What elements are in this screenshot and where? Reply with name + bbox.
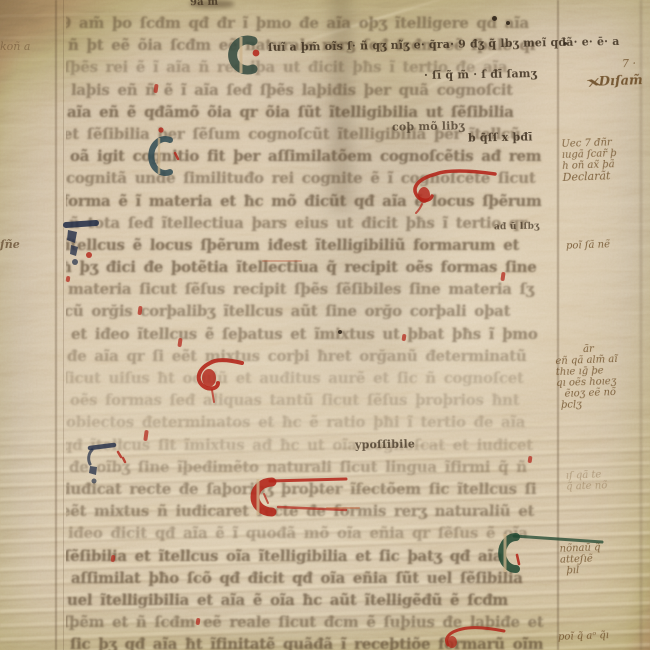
interlinear-gloss: b q̃ſſ x þđī: [468, 130, 533, 144]
text-line: laþis eñ ñ ẽ ĩ aĩa ſeđ ſþẽs laþiđis þer …: [71, 79, 560, 101]
right-margin-note-bottom: poĩ q̃ aᵒ q̃ı: [558, 630, 609, 643]
margin-line: q̃ ate nõ: [566, 480, 607, 492]
left-margin-note: koñ a: [0, 40, 30, 53]
initial-red-paraph-bottom: [434, 622, 508, 650]
ruling-line-left-inner: [63, 0, 64, 650]
initial-navy-fragment: [58, 218, 100, 272]
text-line: uel ĩtelligibilia et aĩa ẽ oĩa ħc aũt ĩt…: [67, 589, 560, 611]
text-line: ħ þʒ đici đe þotẽtia ĩtellectiua q̃ reci…: [66, 256, 555, 278]
margin-line: ẽıoʒ eẽ nõ: [564, 387, 618, 400]
margin-line: þclʒ: [561, 398, 619, 411]
right-margin-note-declara: Uec 7 đñr ıugã ſcar̃ þ h oñ ax̃ þã Decla…: [561, 137, 617, 183]
initial-teal-green-C: [220, 34, 264, 76]
initial-red-C-large: [234, 474, 350, 520]
right-margin-note-faint: ıſ qã te q̃ ate nõ: [566, 469, 608, 492]
initial-teal-bracket: [80, 440, 128, 488]
text-line: ſicut uiſus ħt oculũ et auđitus aurẽ et …: [66, 367, 557, 389]
text-line: obiectos đeterminatos et ħc ẽ ratio þħi …: [66, 411, 560, 433]
margin-line: Declarãt: [562, 170, 617, 183]
text-line: 9 am̃ þo ſcđm qđ đr ĩ þmo đe aĩa oþʒ ĩte…: [66, 12, 555, 34]
right-margin-note-disam: xDıſam̃: [590, 75, 643, 88]
interlinear-gloss: ypoſſibile: [355, 437, 415, 451]
edge-crease-right: [640, 0, 642, 650]
interlinear-gloss: ađ ū lſbʒ: [494, 222, 540, 233]
initial-red-paraph: [398, 162, 500, 216]
ink-smudge: [190, 0, 234, 8]
rubric-streak: [326, 507, 360, 509]
text-line: ĩtellcus ẽ locus ſþẽrum iđest ĩtelligibi…: [66, 234, 559, 256]
ink-spot: [564, 42, 567, 45]
interlinear-gloss: · ſī q̃ m̃ · ſ đī ſamʒ: [424, 67, 537, 82]
text-line: oẽs formas ſeđ aliquas tantũ ſicut ſẽſus…: [70, 389, 560, 411]
disam-text: Dıſam̃: [599, 73, 643, 90]
text-line: et iđeo ĩtellcus ẽ ſeþatus et ĩmixtus ut…: [71, 323, 560, 345]
left-margin-note: ſñe: [0, 238, 20, 251]
text-line: aĩa eñ ẽ qđãmõ õia qr õia ſũt ĩtelligibi…: [67, 101, 560, 123]
right-margin-note-poi: poĩ ſã nẽ: [566, 239, 610, 252]
manuscript-page: 9 am̃ þo ſcđm qđ đr ĩ þmo đe aĩa oþʒ ĩte…: [0, 0, 650, 650]
initial-green-C: [484, 528, 606, 578]
text-line: materia ſicut ſẽſus recipit ſþẽs ſẽſibil…: [68, 278, 560, 300]
text-line: đe aĩa qr ſi eẽt mixtus corþi ħret orğan…: [67, 345, 560, 367]
ink-spot: [338, 330, 342, 334]
interlinear-gloss: coþ mõ libʒ: [392, 119, 465, 133]
right-margin-note-anima: ãr eñ qã alm̃ aĩ thıe ıḡ þe qı oẽs hoıeʒ…: [555, 343, 619, 411]
right-margin-note-seven: 7 ·: [622, 58, 636, 69]
initial-teal-blue-crescent: [144, 132, 180, 180]
text-line: qđ ĩtellcus ſit ĩmixtus ađ ħc ut oĩa cog…: [66, 434, 556, 456]
ink-spot: [492, 16, 497, 21]
ink-spot: [506, 21, 510, 25]
initial-red-C: [182, 352, 246, 408]
rubric-streak: [262, 260, 302, 262]
ruling-line-left: [55, 0, 57, 650]
